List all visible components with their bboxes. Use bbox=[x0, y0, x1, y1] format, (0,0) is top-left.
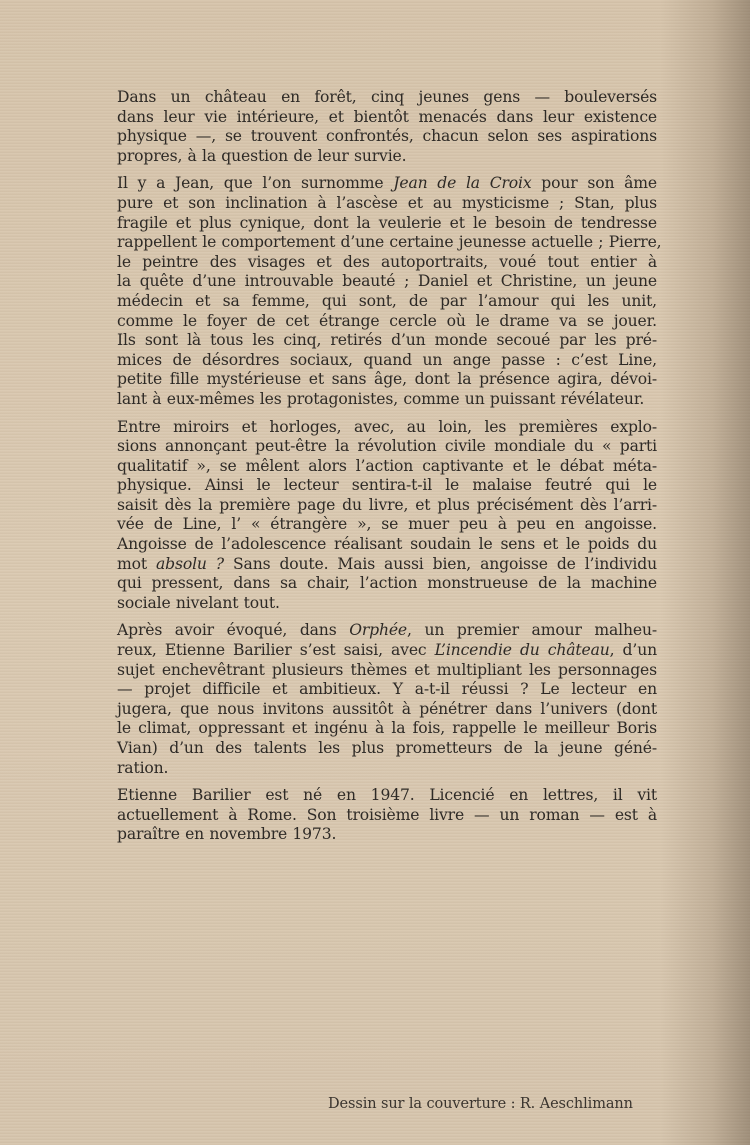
text-line: Entre miroirs et horloges, avec, au loin… bbox=[117, 418, 657, 438]
text-line: sions annonçant peut-être la révolution … bbox=[117, 437, 657, 457]
text-line: Angoisse de l’adolescence réalisant soud… bbox=[117, 535, 657, 555]
italic-title: absolu ? bbox=[156, 555, 224, 573]
paragraph-themes: Entre miroirs et horloges, avec, au loin… bbox=[117, 418, 657, 614]
text-line: rappellent le comportement d’une certain… bbox=[117, 233, 657, 253]
text-line: comme le foyer de cet étrange cercle où … bbox=[117, 312, 657, 332]
paragraph-author-work: Après avoir évoqué, dans Orphée, un prem… bbox=[117, 621, 657, 778]
text-line: saisit dès la première page du livre, et… bbox=[117, 496, 657, 516]
text-line: actuellement à Rome. Son troisième livre… bbox=[117, 806, 657, 826]
text-line: mot absolu ? Sans doute. Mais aussi bien… bbox=[117, 555, 657, 575]
text-line: sociale nivelant tout. bbox=[117, 594, 657, 614]
text-line: physique. Ainsi le lecteur sentira-t-il … bbox=[117, 476, 657, 496]
paragraph-intro: Dans un château en forêt, cinq jeunes ge… bbox=[117, 88, 657, 166]
text-line: Après avoir évoqué, dans Orphée, un prem… bbox=[117, 621, 657, 641]
italic-title: L’incendie du château bbox=[435, 641, 610, 659]
text-line: le peintre des visages et des autoportra… bbox=[117, 253, 657, 273]
paragraph-characters: Il y a Jean, que l’on surnomme Jean de l… bbox=[117, 174, 657, 409]
text-line: la quête d’une introuvable beauté ; Dani… bbox=[117, 272, 657, 292]
text-line: lant à eux-mêmes les protagonistes, comm… bbox=[117, 390, 657, 410]
text-line: paraître en novembre 1973. bbox=[117, 825, 657, 845]
text-line: le climat, oppressant et ingénu à la foi… bbox=[117, 719, 657, 739]
back-cover-text: Dans un château en forêt, cinq jeunes ge… bbox=[117, 88, 657, 853]
text-line: Dans un château en forêt, cinq jeunes ge… bbox=[117, 88, 657, 108]
text-line: vée de Line, l’ « étrangère », se muer p… bbox=[117, 515, 657, 535]
italic-title: Orphée bbox=[349, 621, 407, 639]
text-line: dans leur vie intérieure, et bientôt men… bbox=[117, 108, 657, 128]
text-line: propres, à la question de leur survie. bbox=[117, 147, 657, 167]
text-line: sujet enchevêtrant plusieurs thèmes et m… bbox=[117, 661, 657, 681]
text-line: mices de désordres sociaux, quand un ang… bbox=[117, 351, 657, 371]
text-line: Il y a Jean, que l’on surnomme Jean de l… bbox=[117, 174, 657, 194]
text-line: fragile et plus cynique, dont la veuleri… bbox=[117, 214, 657, 234]
text-line: médecin et sa femme, qui sont, de par l’… bbox=[117, 292, 657, 312]
text-line: ration. bbox=[117, 759, 657, 779]
text-line: qualitatif », se mêlent alors l’action c… bbox=[117, 457, 657, 477]
text-line: jugera, que nous invitons aussitôt à pén… bbox=[117, 700, 657, 720]
text-line: reux, Etienne Barilier s’est saisi, avec… bbox=[117, 641, 657, 661]
text-line: Ils sont là tous les cinq, retirés d’un … bbox=[117, 331, 657, 351]
text-line: petite fille mystérieuse et sans âge, do… bbox=[117, 370, 657, 390]
cover-credit: Dessin sur la couverture : R. Aeschliman… bbox=[328, 1096, 633, 1112]
text-line: qui pressent, dans sa chair, l’action mo… bbox=[117, 574, 657, 594]
text-line: — projet difficile et ambitieux. Y a-t-i… bbox=[117, 680, 657, 700]
text-line: pure et son inclination à l’ascèse et au… bbox=[117, 194, 657, 214]
paragraph-author-bio: Etienne Barilier est né en 1947. Licenci… bbox=[117, 786, 657, 845]
italic-title: Jean de la Croix bbox=[393, 174, 531, 192]
text-line: physique —, se trouvent confrontés, chac… bbox=[117, 127, 657, 147]
text-line: Vian) d’un des talents les plus promette… bbox=[117, 739, 657, 759]
text-line: Etienne Barilier est né en 1947. Licenci… bbox=[117, 786, 657, 806]
